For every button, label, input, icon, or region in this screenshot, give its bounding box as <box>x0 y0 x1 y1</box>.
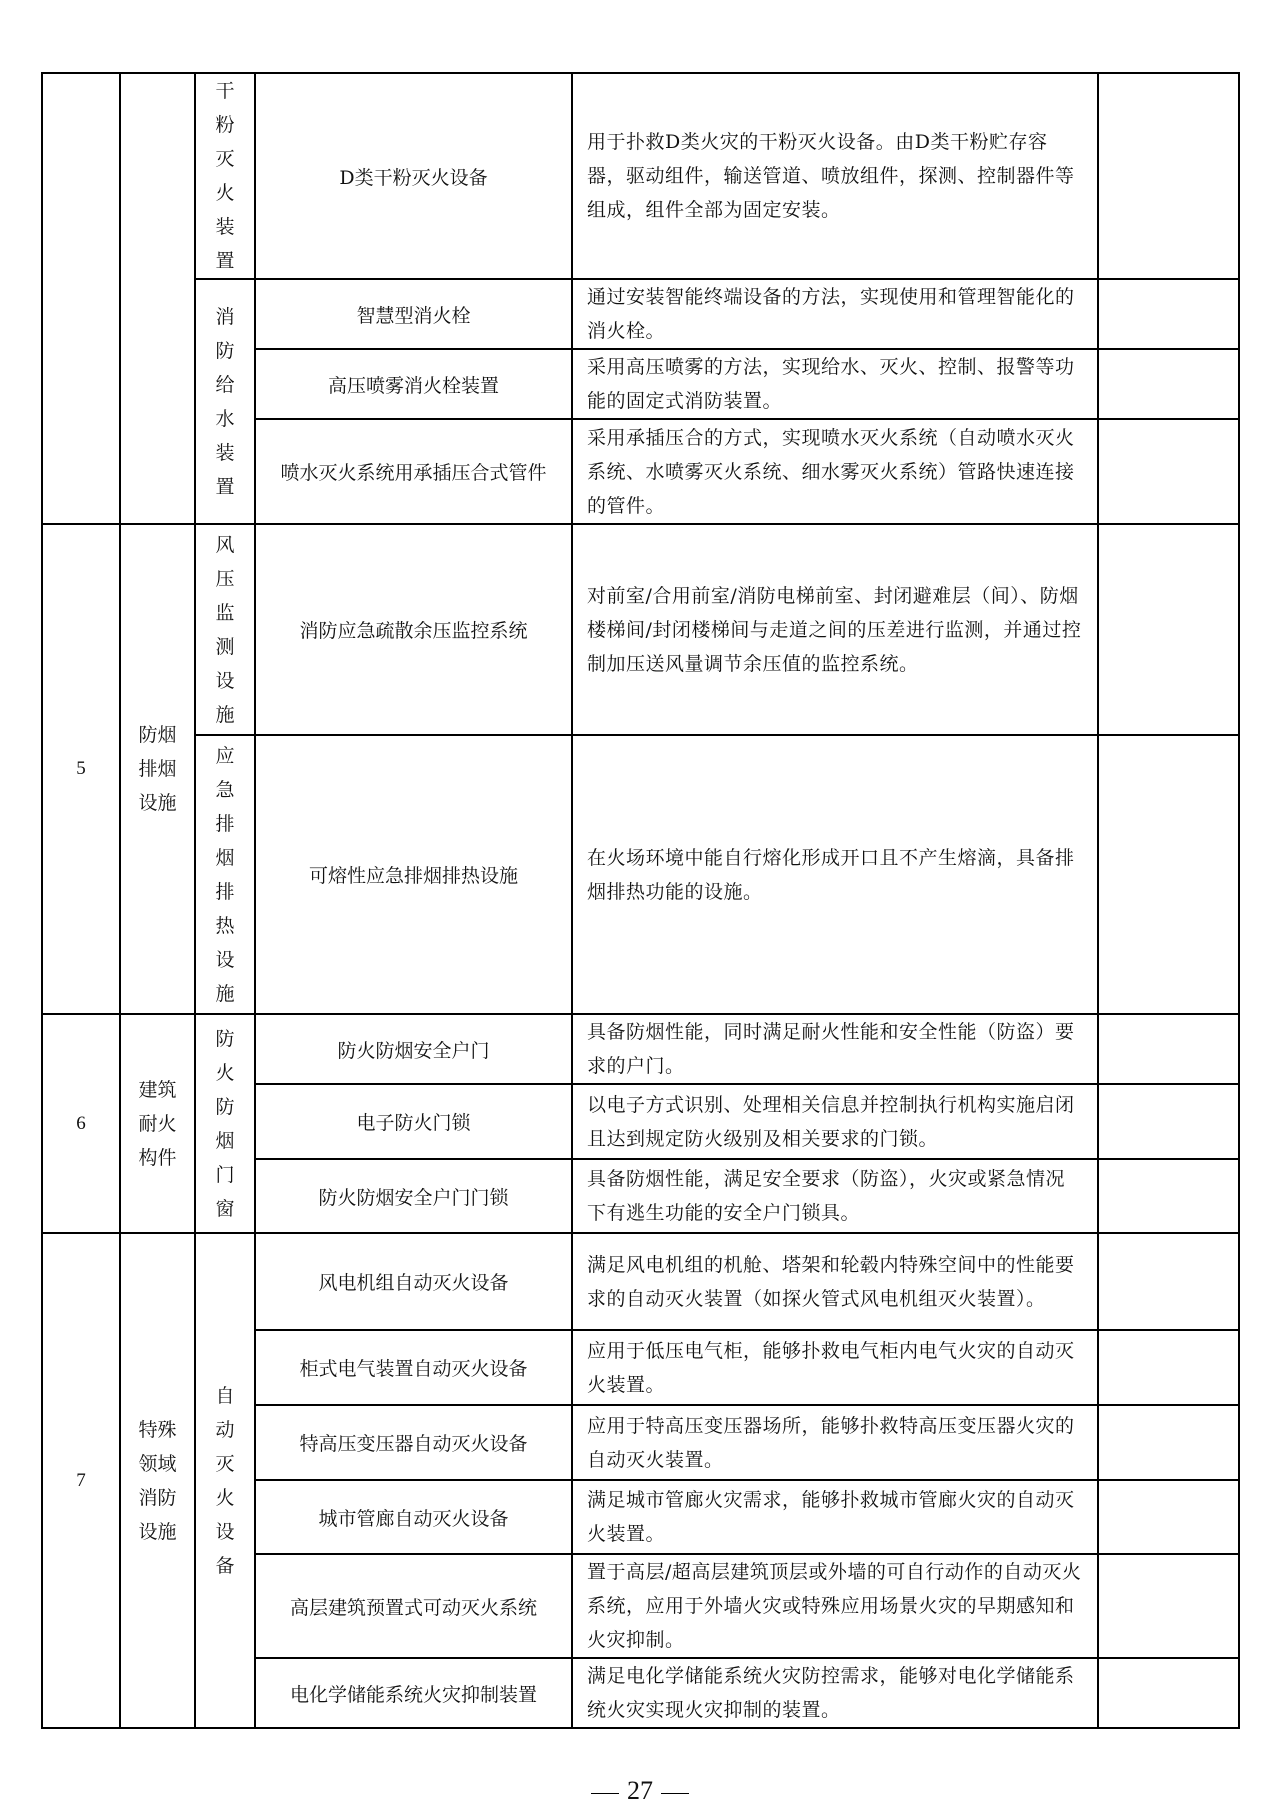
page-footer: 27 <box>0 1776 1280 1806</box>
subgroup-cell: 风压监测设施 <box>195 524 255 735</box>
dash-right <box>661 1793 689 1794</box>
product-name-cell: 柜式电气装置自动灭火设备 <box>255 1330 572 1405</box>
remark-cell <box>1098 279 1239 349</box>
product-name-cell: 城市管廊自动灭火设备 <box>255 1480 572 1554</box>
product-name-cell: 特高压变压器自动灭火设备 <box>255 1405 572 1480</box>
product-name-cell: 电子防火门锁 <box>255 1084 572 1159</box>
table-row: 干粉灭火装置 D类干粉灭火设备 用于扑救D类火灾的干粉灭火设备。由D类干粉贮存容… <box>42 73 1239 279</box>
subgroup-cell: 干粉灭火装置 <box>195 73 255 279</box>
description-cell: 以电子方式识别、处理相关信息并控制执行机构实施启闭且达到规定防火级别及相关要求的… <box>572 1084 1098 1159</box>
remark-cell <box>1098 73 1239 279</box>
dash-left <box>591 1793 619 1794</box>
description-cell: 应用于特高压变压器场所，能够扑救特高压变压器火灾的自动灭火装置。 <box>572 1405 1098 1480</box>
description-cell: 具备防烟性能，满足安全要求（防盗），火灾或紧急情况下有逃生功能的安全户门锁具。 <box>572 1159 1098 1233</box>
description-cell: 应用于低压电气柜，能够扑救电气柜内电气火灾的自动灭火装置。 <box>572 1330 1098 1405</box>
item-number-cell: 7 <box>42 1233 120 1728</box>
category-cell: 特殊领域消防设施 <box>120 1233 195 1728</box>
page-number: 27 <box>627 1776 653 1805</box>
category-cell: 建筑耐火构件 <box>120 1014 195 1233</box>
description-cell: 采用高压喷雾的方法，实现给水、灭火、控制、报警等功能的固定式消防装置。 <box>572 349 1098 419</box>
product-name-cell: 高压喷雾消火栓装置 <box>255 349 572 419</box>
product-name-cell: 风电机组自动灭火设备 <box>255 1233 572 1330</box>
remark-cell <box>1098 349 1239 419</box>
description-cell: 用于扑救D类火灾的干粉灭火设备。由D类干粉贮存容器，驱动组件，输送管道、喷放组件… <box>572 73 1098 279</box>
product-name-cell: D类干粉灭火设备 <box>255 73 572 279</box>
remark-cell <box>1098 1480 1239 1554</box>
subgroup-cell: 应急排烟排热设施 <box>195 735 255 1014</box>
product-name-cell: 防火防烟安全户门 <box>255 1014 572 1084</box>
table-row: 消防给水装置 智慧型消火栓 通过安装智能终端设备的方法，实现使用和管理智能化的消… <box>42 279 1239 349</box>
subgroup-cell: 防火防烟门窗 <box>195 1014 255 1233</box>
product-name-cell: 智慧型消火栓 <box>255 279 572 349</box>
category-cell: 防烟排烟设施 <box>120 524 195 1014</box>
remark-cell <box>1098 524 1239 735</box>
remark-cell <box>1098 419 1239 524</box>
description-cell: 采用承插压合的方式，实现喷水灭火系统（自动喷水灭火系统、水喷雾灭火系统、细水雾灭… <box>572 419 1098 524</box>
category-cell <box>120 73 195 524</box>
remark-cell <box>1098 1658 1239 1728</box>
table-row: 7 特殊领域消防设施 自动灭火设备 风电机组自动灭火设备 满足风电机组的机舱、塔… <box>42 1233 1239 1330</box>
product-name-cell: 喷水灭火系统用承插压合式管件 <box>255 419 572 524</box>
description-cell: 在火场环境中能自行熔化形成开口且不产生熔滴，具备排烟排热功能的设施。 <box>572 735 1098 1014</box>
description-cell: 满足风电机组的机舱、塔架和轮毂内特殊空间中的性能要求的自动灭火装置（如探火管式风… <box>572 1233 1098 1330</box>
table-row: 应急排烟排热设施 可熔性应急排烟排热设施 在火场环境中能自行熔化形成开口且不产生… <box>42 735 1239 1014</box>
description-cell: 满足电化学储能系统火灾防控需求，能够对电化学储能系统火灾实现火灾抑制的装置。 <box>572 1658 1098 1728</box>
product-name-cell: 防火防烟安全户门门锁 <box>255 1159 572 1233</box>
description-cell: 对前室/合用前室/消防电梯前室、封闭避难层（间）、防烟楼梯间/封闭楼梯间与走道之… <box>572 524 1098 735</box>
product-name-cell: 高层建筑预置式可动灭火系统 <box>255 1554 572 1658</box>
subgroup-cell: 消防给水装置 <box>195 279 255 524</box>
table-row: 5 防烟排烟设施 风压监测设施 消防应急疏散余压监控系统 对前室/合用前室/消防… <box>42 524 1239 735</box>
remark-cell <box>1098 735 1239 1014</box>
remark-cell <box>1098 1233 1239 1330</box>
item-number-cell <box>42 73 120 524</box>
remark-cell <box>1098 1159 1239 1233</box>
description-cell: 置于高层/超高层建筑顶层或外墙的可自行动作的自动灭火系统，应用于外墙火灾或特殊应… <box>572 1554 1098 1658</box>
remark-cell <box>1098 1405 1239 1480</box>
equipment-catalog-table: 干粉灭火装置 D类干粉灭火设备 用于扑救D类火灾的干粉灭火设备。由D类干粉贮存容… <box>41 72 1240 1729</box>
remark-cell <box>1098 1330 1239 1405</box>
product-name-cell: 消防应急疏散余压监控系统 <box>255 524 572 735</box>
subgroup-cell: 自动灭火设备 <box>195 1233 255 1728</box>
product-name-cell: 电化学储能系统火灾抑制装置 <box>255 1658 572 1728</box>
description-cell: 具备防烟性能，同时满足耐火性能和安全性能（防盗）要求的户门。 <box>572 1014 1098 1084</box>
item-number-cell: 5 <box>42 524 120 1014</box>
item-number-cell: 6 <box>42 1014 120 1233</box>
table-row: 6 建筑耐火构件 防火防烟门窗 防火防烟安全户门 具备防烟性能，同时满足耐火性能… <box>42 1014 1239 1084</box>
remark-cell <box>1098 1014 1239 1084</box>
description-cell: 满足城市管廊火灾需求，能够扑救城市管廊火灾的自动灭火装置。 <box>572 1480 1098 1554</box>
remark-cell <box>1098 1084 1239 1159</box>
remark-cell <box>1098 1554 1239 1658</box>
product-name-cell: 可熔性应急排烟排热设施 <box>255 735 572 1014</box>
description-cell: 通过安装智能终端设备的方法，实现使用和管理智能化的消火栓。 <box>572 279 1098 349</box>
